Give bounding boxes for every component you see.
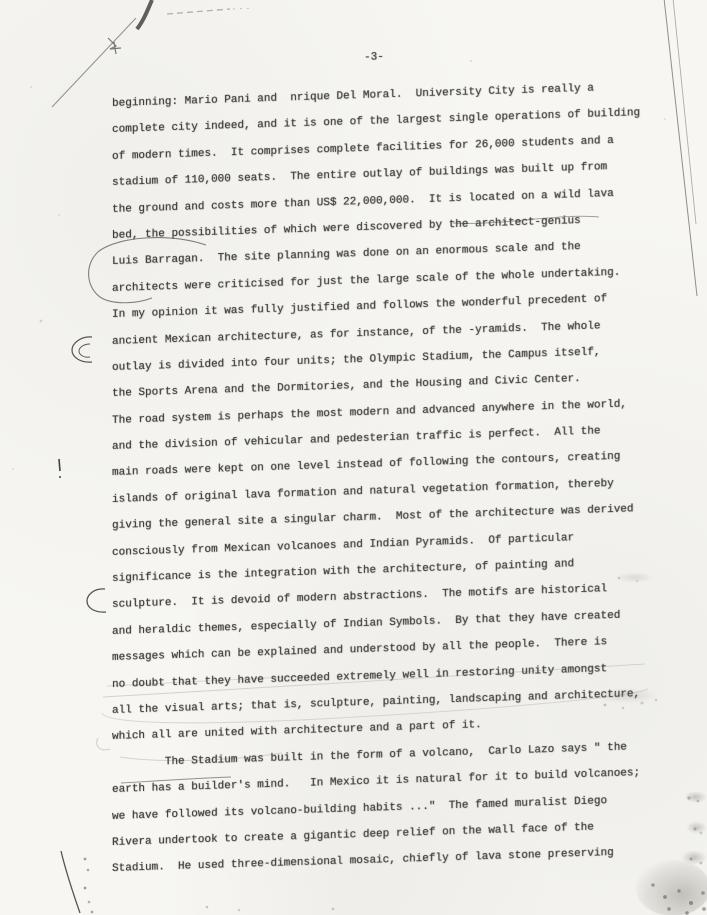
corner-smudge [636,860,707,915]
dashed-mark-top-faint [233,8,254,9]
margin-c-mark [87,589,106,612]
margin-exclamation-mark [59,459,60,471]
edge-smudge [686,821,707,834]
scanned-document-page: -3- beginning: Mario Pani and nrique Del… [0,0,707,915]
dashed-mark-top [167,9,230,14]
crease-line-right-long [664,0,697,296]
faint-streak-4 [97,738,110,750]
margin-exclamation-dot [59,476,61,478]
crease-mark-dark [137,0,152,29]
margin-double-c-mark-outer [72,337,92,362]
pen-squiggle [108,38,121,54]
paper-speckles [0,0,2,2]
typewritten-text-block: -3- beginning: Mario Pani and nrique Del… [112,40,668,882]
margin-double-c-mark-inner [79,344,90,357]
crease-line-right-short [673,0,696,224]
edge-smudge [681,850,707,865]
edge-smudge [684,791,707,803]
crease-line-bottom-left [61,851,80,913]
